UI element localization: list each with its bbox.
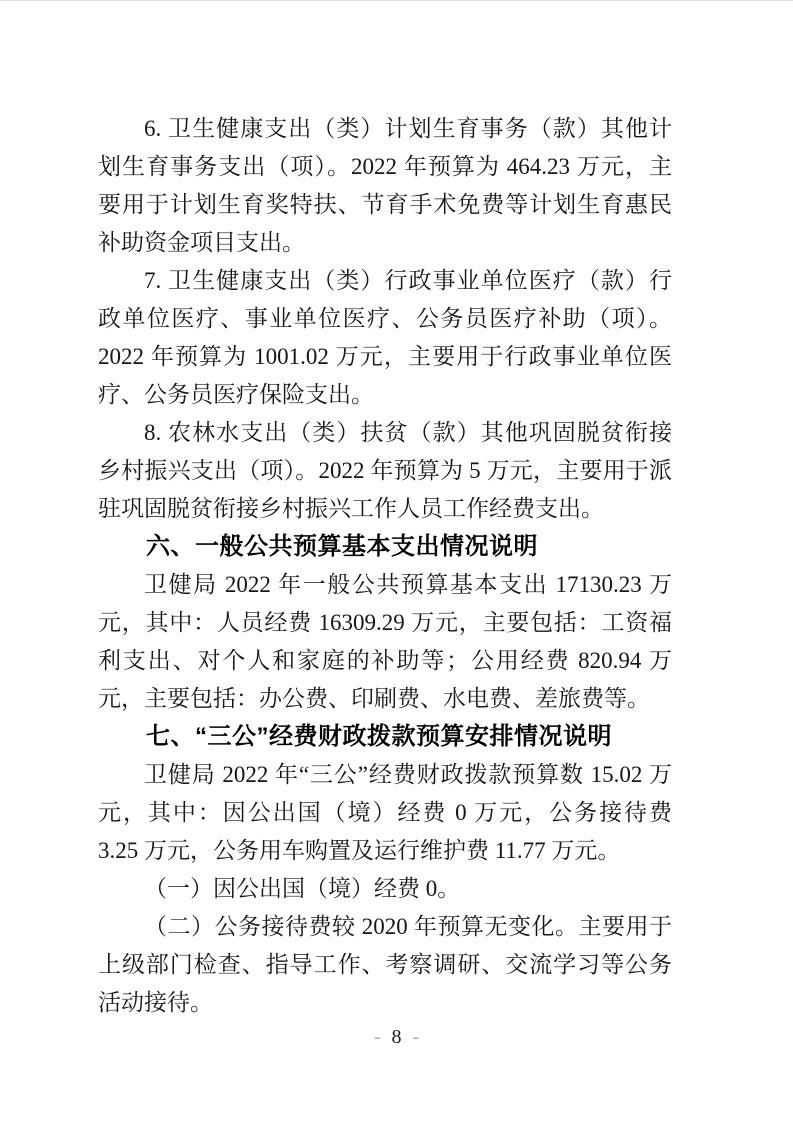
section-heading-basic-expense: 六、一般公共预算基本支出情况说明: [98, 528, 672, 566]
page-footer: -8-: [0, 1024, 793, 1050]
paragraph-three-public-funds-detail: 卫健局 2022 年“三公”经费财政拨款预算数 15.02 万元，其中：因公出国…: [98, 756, 672, 870]
footer-dash-left: -: [374, 1026, 381, 1048]
paragraph-agriculture-expense-8: 8. 农林水支出（类）扶贫（款）其他巩固脱贫衔接乡村振兴支出（项）。2022 年…: [98, 414, 672, 528]
paragraph-official-reception-expense: （二）公务接待费较 2020 年预算无变化。主要用于上级部门检查、指导工作、考察…: [98, 908, 672, 1022]
section-heading-three-public-funds: 七、“三公”经费财政拨款预算安排情况说明: [98, 718, 672, 756]
footer-page-number: 8: [392, 1026, 402, 1048]
paragraph-overseas-trip-expense: （一）因公出国（境）经费 0。: [98, 870, 672, 908]
document-body: 6. 卫生健康支出（类）计划生育事务（款）其他计划生育事务支出（项）。2022 …: [98, 110, 672, 1022]
footer-dash-right: -: [413, 1026, 420, 1048]
paragraph-health-expense-7: 7. 卫生健康支出（类）行政事业单位医疗（款）行政单位医疗、事业单位医疗、公务员…: [98, 262, 672, 414]
paragraph-health-expense-6: 6. 卫生健康支出（类）计划生育事务（款）其他计划生育事务支出（项）。2022 …: [98, 110, 672, 262]
document-page: 6. 卫生健康支出（类）计划生育事务（款）其他计划生育事务支出（项）。2022 …: [0, 0, 793, 1123]
paragraph-basic-expense-detail: 卫健局 2022 年一般公共预算基本支出 17130.23 万元，其中：人员经费…: [98, 566, 672, 718]
